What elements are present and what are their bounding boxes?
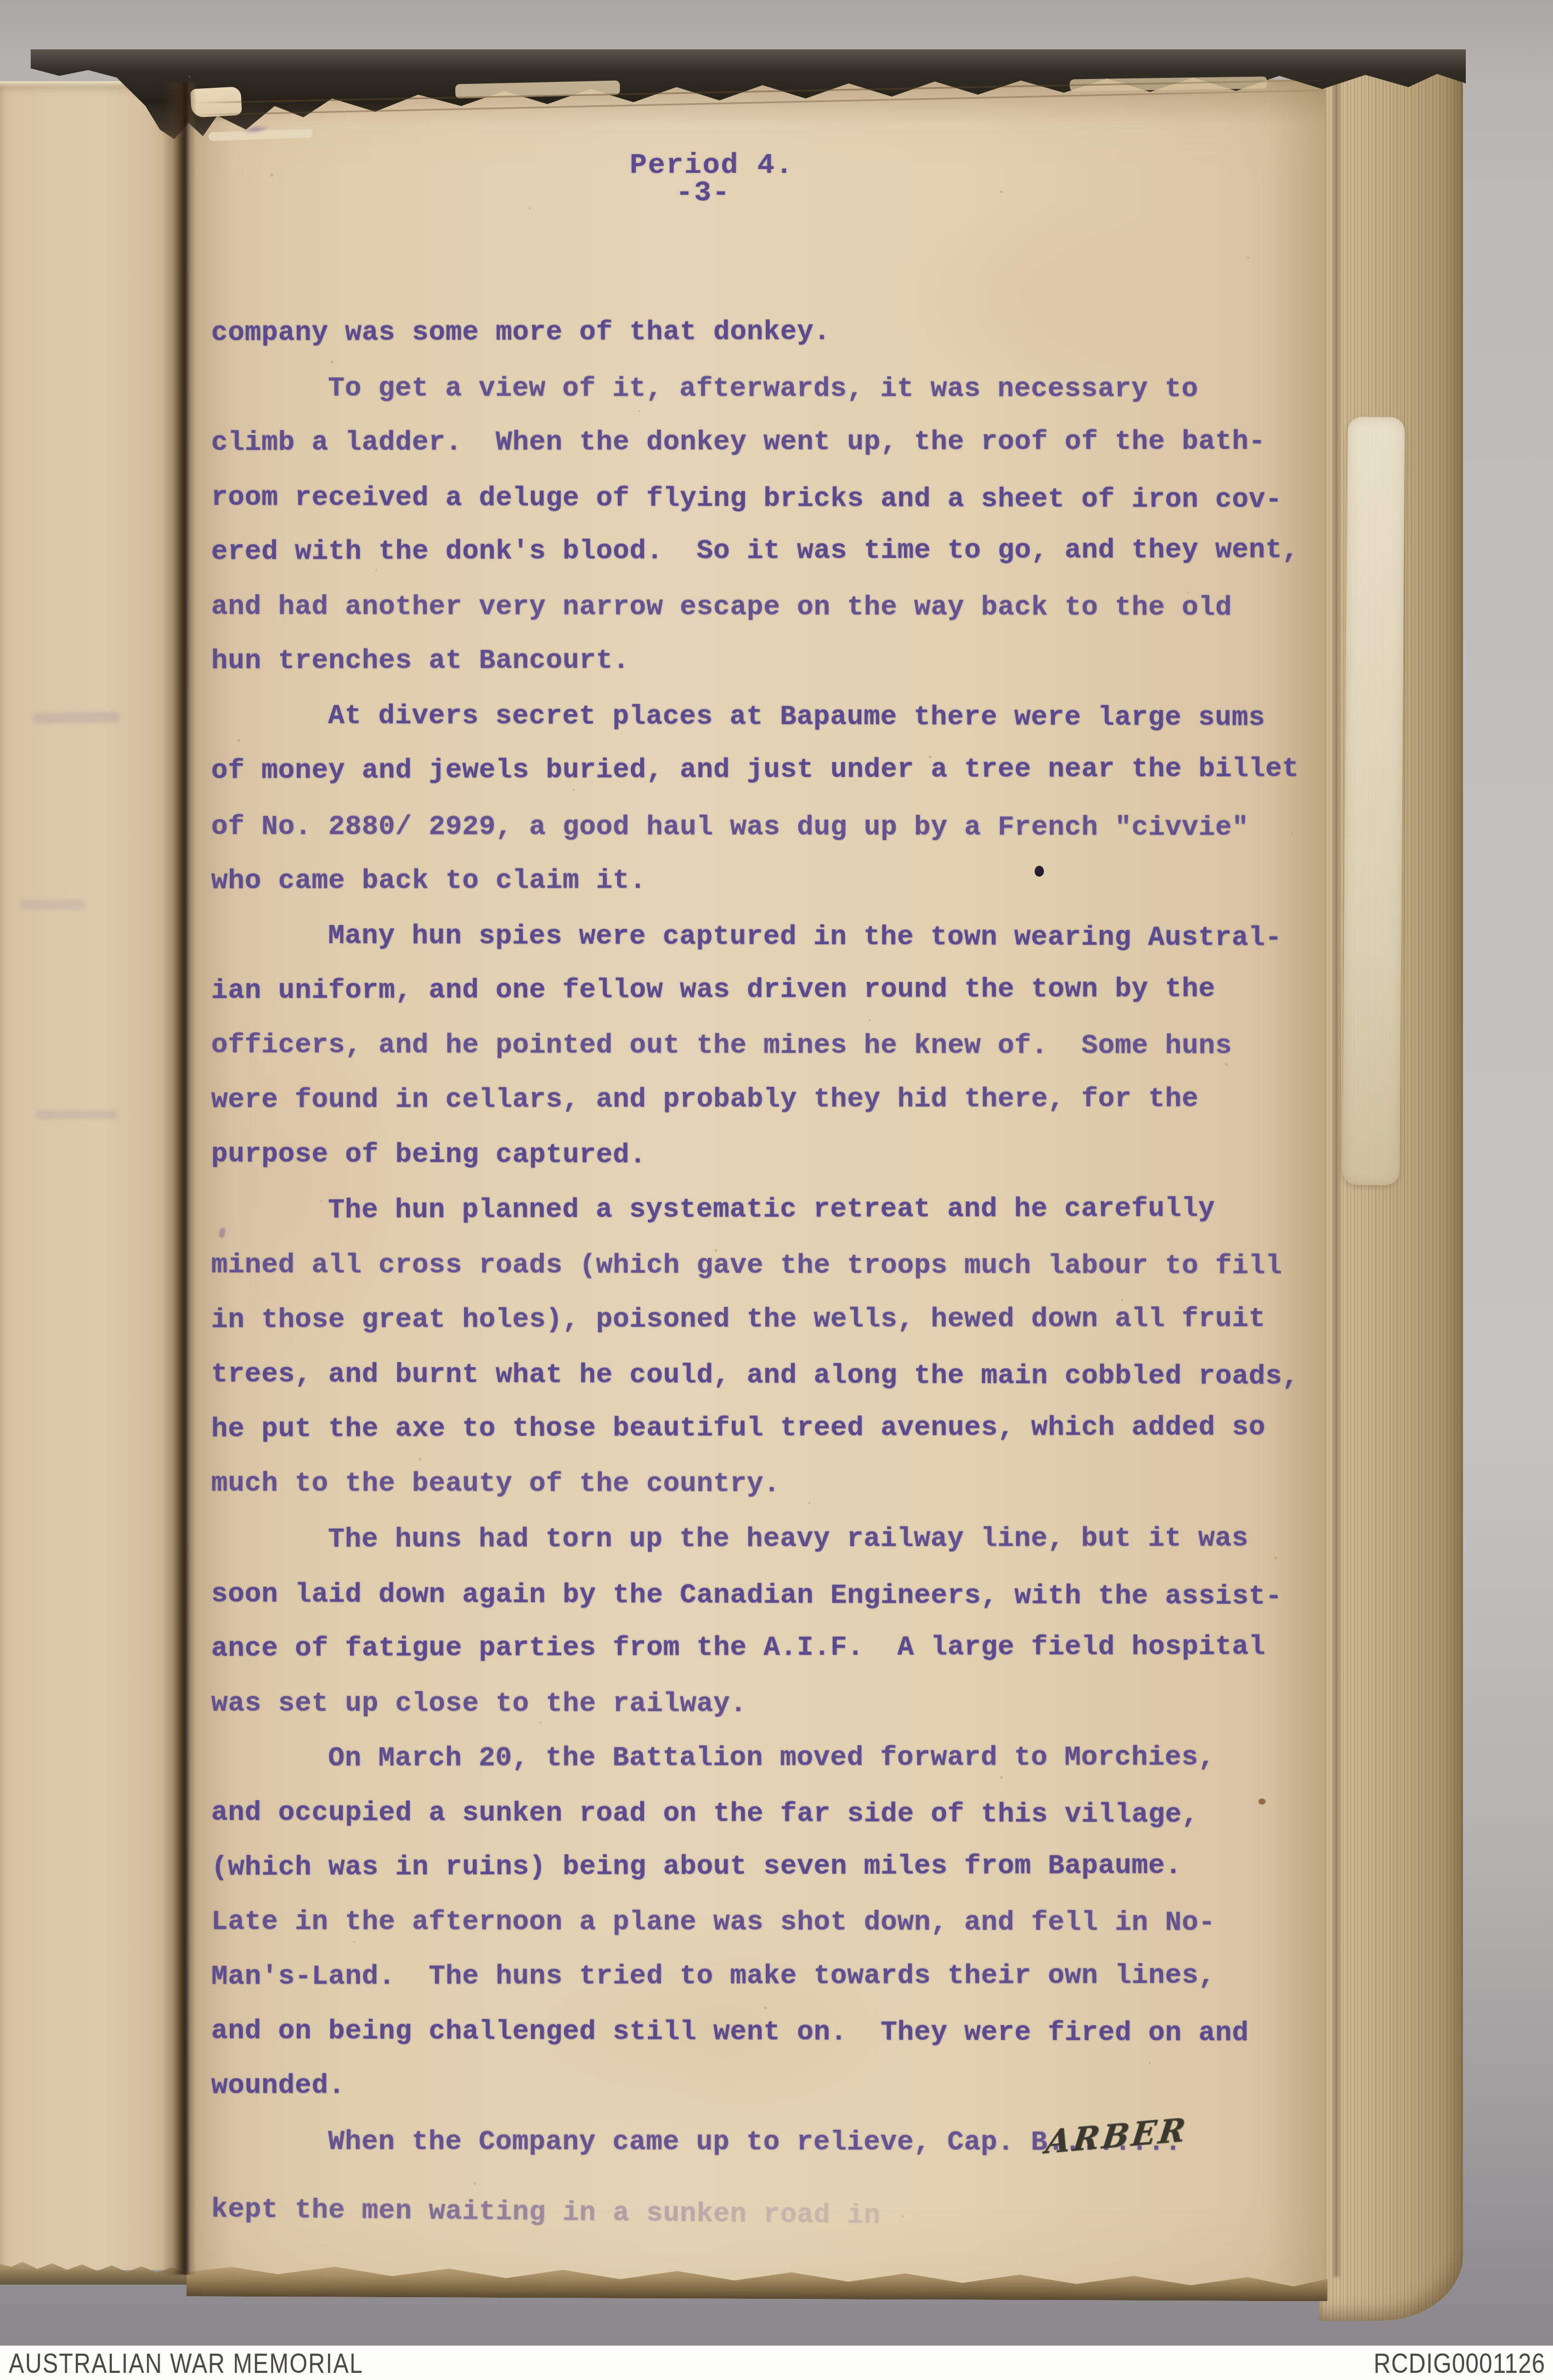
typed-line: company was some more of that donkey. xyxy=(211,317,831,349)
typed-line: To get a view of it, afterwards, it was … xyxy=(328,373,1198,405)
typed-line: and occupied a sunken road on the far si… xyxy=(211,1797,1199,1831)
typed-line: room received a deluge of flying bricks … xyxy=(211,482,1282,516)
typed-line: Late in the afternoon a plane was shot d… xyxy=(211,1907,1215,1939)
typed-line: officers, and he pointed out the mines h… xyxy=(211,1030,1232,1062)
footer-bar: AUSTRALIAN WAR MEMORIAL RCDIG0001126 xyxy=(0,2346,1553,2380)
typed-line: kept the men waiting in a sunken road in xyxy=(211,2194,881,2232)
typed-line: of No. 2880/ 2929, a good haul was dug u… xyxy=(211,811,1249,844)
typed-line: and had another very narrow escape on th… xyxy=(211,591,1232,624)
typed-line: hun trenches at Bancourt. xyxy=(211,645,630,677)
typed-line: ered with the donk's blood. So it was ti… xyxy=(211,535,1299,568)
typed-line: ian uniform, and one fellow was driven r… xyxy=(211,974,1215,1007)
typed-line: much to the beauty of the country. xyxy=(211,1468,780,1500)
typed-line-text: When the Company came up to relieve, Cap… xyxy=(328,2127,1048,2158)
typed-line: When the Company came up to relieve, Cap… xyxy=(328,2127,1182,2158)
typed-line: in those great holes), poisoned the well… xyxy=(211,1304,1266,1336)
footer-institution-label: AUSTRALIAN WAR MEMORIAL xyxy=(9,2348,363,2379)
typed-line: (which was in ruins) being about seven m… xyxy=(211,1851,1182,1883)
typed-text-layer: Period 4. -3- company was some more of t… xyxy=(0,0,1553,2380)
page-number: -3- xyxy=(676,177,731,209)
typed-line: The huns had torn up the heavy railway l… xyxy=(328,1523,1249,1555)
typed-line: was set up close to the railway. xyxy=(211,1688,747,1720)
typed-line: Man's-Land. The huns tried to make towar… xyxy=(211,1960,1215,1993)
typed-line: of money and jewels buried, and just und… xyxy=(211,754,1299,787)
typed-line: trees, and burnt what he could, and alon… xyxy=(211,1359,1299,1392)
typed-line: he put the axe to those beautiful treed … xyxy=(211,1412,1266,1445)
typed-line: On March 20, the Battalion moved forward… xyxy=(328,1742,1215,1774)
typed-line: who came back to claim it. xyxy=(211,865,646,897)
typed-line: mined all cross roads (which gave the tr… xyxy=(211,1250,1282,1282)
typed-line: were found in cellars, and probably they… xyxy=(211,1084,1199,1116)
typed-line: The hun planned a systematic retreat and… xyxy=(328,1193,1215,1226)
footer-record-id: RCDIG0001126 xyxy=(1374,2348,1545,2379)
typed-line: Many hun spies were captured in the town… xyxy=(328,921,1282,954)
typed-line: At divers secret places at Bapaume there… xyxy=(328,701,1265,734)
typed-line: climb a ladder. When the donkey went up,… xyxy=(211,426,1266,459)
typed-line: wounded. xyxy=(211,2071,345,2102)
scanned-document-view: Period 4. -3- company was some more of t… xyxy=(0,0,1553,2380)
typed-line: soon laid down again by the Canadian Eng… xyxy=(211,1579,1282,1612)
typed-line: ance of fatigue parties from the A.I.F. … xyxy=(211,1632,1266,1665)
typed-line: purpose of being captured. xyxy=(211,1139,646,1171)
typed-line: and on being challenged still went on. T… xyxy=(211,2016,1249,2049)
